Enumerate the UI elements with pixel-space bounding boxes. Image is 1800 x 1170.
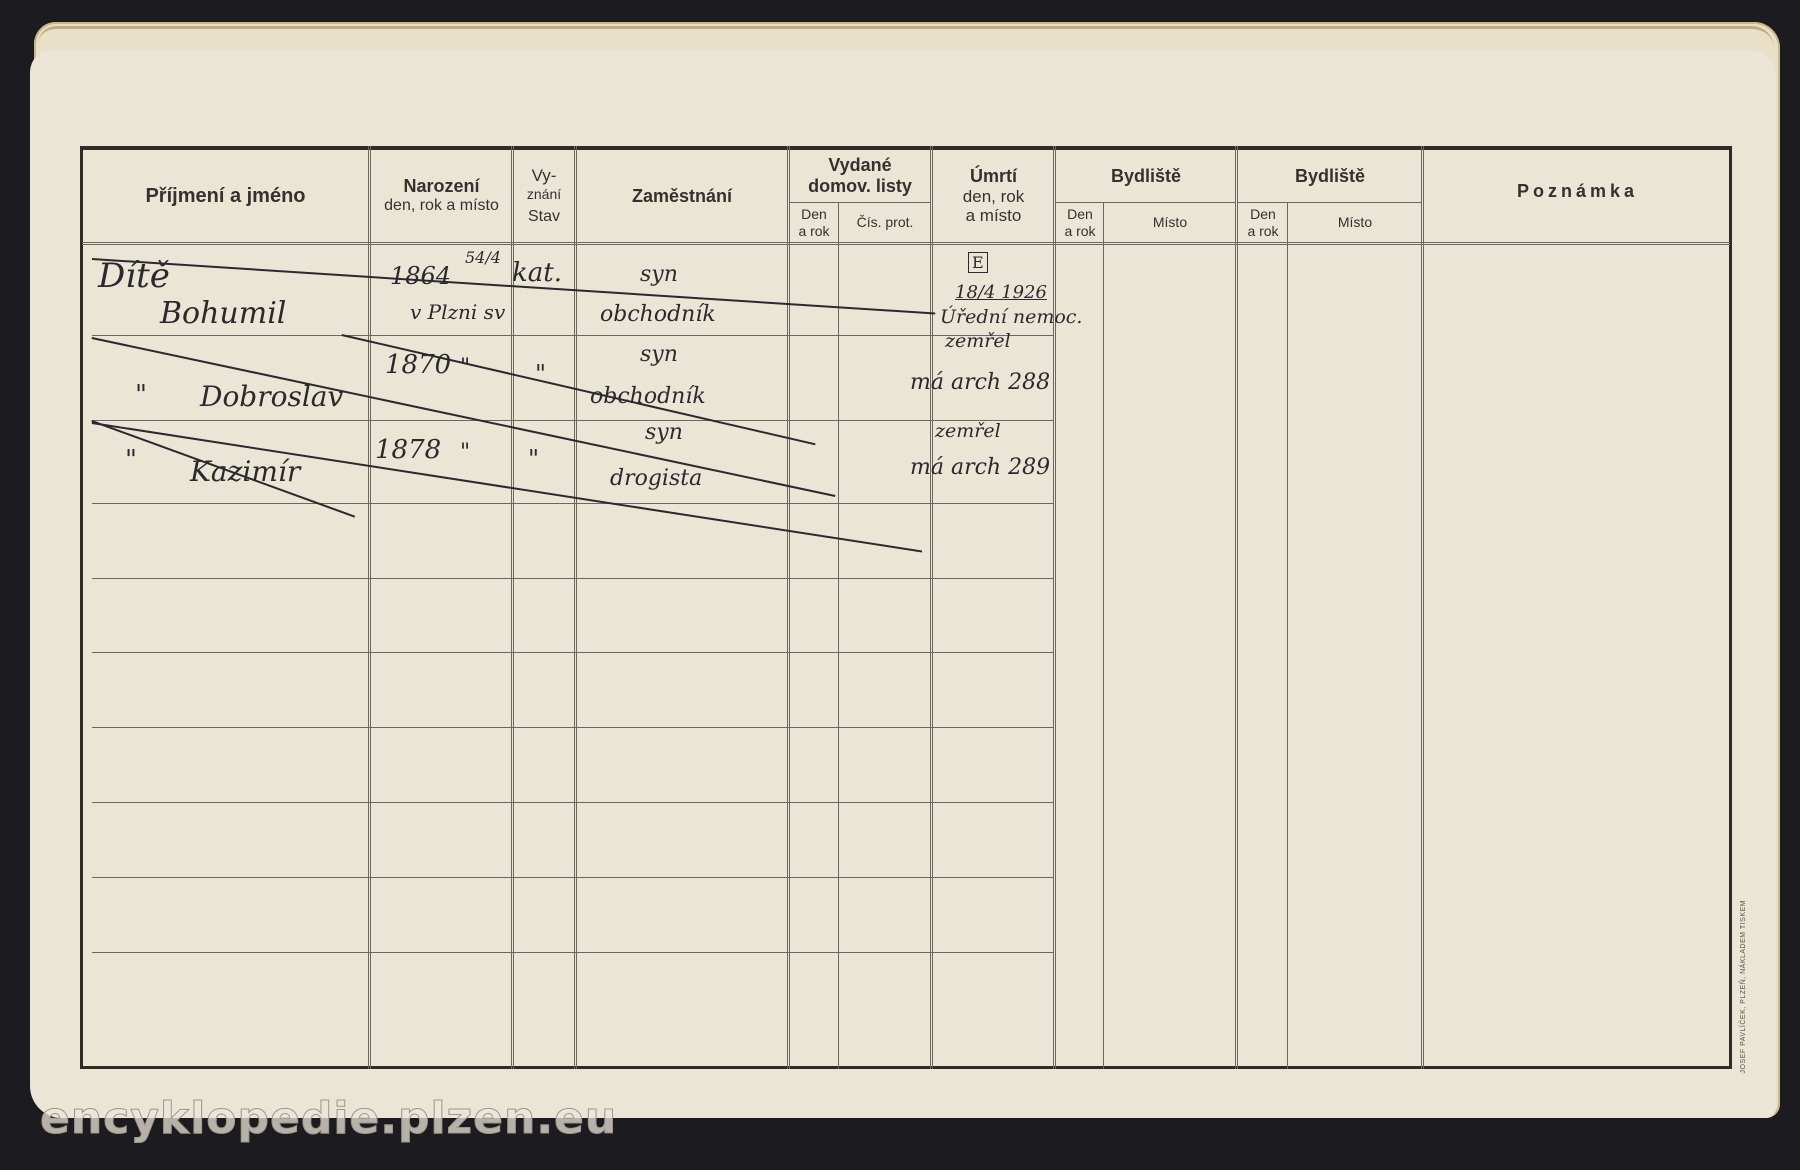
header-religion-title: Vy- [532,166,557,186]
header-residence2: Bydliště [1239,150,1421,202]
column-divider-death [1053,146,1056,1069]
header-domicile: Vydané domov. listy [790,150,930,202]
column-divider-name [368,146,371,1069]
header-death: Úmrtí den, rok a místo [934,150,1053,242]
header-birth: Narození den, rok a místo [372,150,511,242]
entry3-death-note1: zemřel [935,420,1001,442]
entry1-birth-place: v Plzni sv [410,300,505,324]
header-occupation: Zaměstnání [577,150,787,242]
header-residence1-date: Den a rok [1057,203,1103,242]
column-divider-domicile-date [838,202,839,1069]
entry2-surname-ditto: " [135,380,147,410]
entry2-religion-ditto: " [535,360,546,388]
header-residence1-place-label: Místo [1153,214,1187,230]
header-domicile-date-l1: Den [801,206,827,222]
row-divider-6 [92,727,1053,728]
header-residence2-date: Den a rok [1239,203,1287,242]
header-name: Příjmení a jméno [83,150,368,242]
row-divider-3 [92,503,1053,504]
entry3-birth-ditto: " [460,440,470,465]
column-divider-occupation [787,146,790,1069]
header-residence1-title: Bydliště [1111,166,1181,187]
entry2-birth-ditto: " [460,355,470,380]
row-divider-2 [92,420,1053,421]
entry3-occupation-l1: syn [645,420,683,445]
header-domicile-number: Čís. prot. [840,203,930,242]
column-divider-residence1 [1235,146,1238,1069]
header-residence2-date-l1: Den [1250,206,1276,222]
entry1-death-note2: zemřel [945,330,1011,352]
row-divider-4 [92,578,1053,579]
header-residence2-place-label: Místo [1338,214,1372,230]
entry1-occupation-l1: syn [640,262,678,287]
header-birth-title: Narození [403,176,479,197]
entry2-birth-year: 1870 [385,350,451,380]
entry3-firstname: Kazimír [190,455,300,488]
column-divider-residence1-date [1103,202,1104,1069]
entry3-religion-ditto: " [528,445,539,473]
entry3-occupation-l2: drogista [610,466,702,491]
header-residence2-title: Bydliště [1295,166,1365,187]
header-name-label: Příjmení a jméno [145,185,305,208]
header-domicile-title: Vydané [828,155,891,176]
header-residence2-date-l2: a rok [1247,223,1278,239]
entry1-occupation-l2: obchodník [600,302,716,327]
column-divider-residence2-date [1287,202,1288,1069]
row-divider-1 [92,335,1053,336]
entry1-birth-sup: 54/4 [465,248,501,267]
header-death-title: Úmrtí [970,166,1017,187]
entry3-surname-ditto: " [125,445,137,475]
header-religion-title2: znání [527,186,561,202]
register-table-frame [80,146,1732,1069]
header-death-sub2: a místo [966,206,1022,226]
header-domicile-date-l2: a rok [798,223,829,239]
entry1-religion: kat. [512,258,562,288]
entry1-death-mark: E [968,252,988,273]
header-residence2-place: Místo [1289,203,1421,242]
header-death-sub1: den, rok [963,187,1024,207]
column-divider-religion [574,146,577,1069]
header-domicile-date: Den a rok [790,203,838,242]
header-note-label: Poznámka [1517,181,1638,202]
row-divider-9 [92,952,1053,953]
entry3-death-note2: má arch 289 [910,455,1050,480]
header-residence1-date-l2: a rok [1064,223,1095,239]
entry3-birth-year: 1878 [375,435,441,465]
column-divider-residence2 [1421,146,1424,1069]
header-bottom-divider [82,242,1730,245]
row-divider-8 [92,877,1053,878]
header-domicile-title2: domov. listy [808,176,912,197]
row-divider-7 [92,802,1053,803]
header-birth-sub: den, rok a místo [384,197,499,215]
header-domicile-number-label: Čís. prot. [857,214,914,230]
header-residence1: Bydliště [1057,150,1235,202]
watermark: encyklopedie.plzen.eu [40,1093,617,1144]
header-residence1-place: Místo [1105,203,1235,242]
header-occupation-label: Zaměstnání [632,186,732,207]
printer-imprint: JOSEF PAVLÍČEK, PLZEŇ, NÁKLADEM TISKEM [1740,900,1747,1073]
column-divider-domicile [930,146,933,1069]
header-residence1-date-l1: Den [1067,206,1093,222]
header-religion: Vy- znání Stav [514,150,574,242]
entry1-death-date: 18/4 1926 [955,282,1047,303]
entry2-death-note: má arch 288 [910,370,1050,395]
entry2-occupation-l1: syn [640,342,678,367]
page-stack-edge [38,26,1774,51]
row-divider-5 [92,652,1053,653]
entry1-firstname: Bohumil [160,296,286,331]
entry1-birth-year: 1864 [390,262,451,290]
entry1-death-note1: Úřední nemoc. [940,306,1082,328]
header-note: Poznámka [1425,150,1730,242]
header-status: Stav [528,208,560,226]
